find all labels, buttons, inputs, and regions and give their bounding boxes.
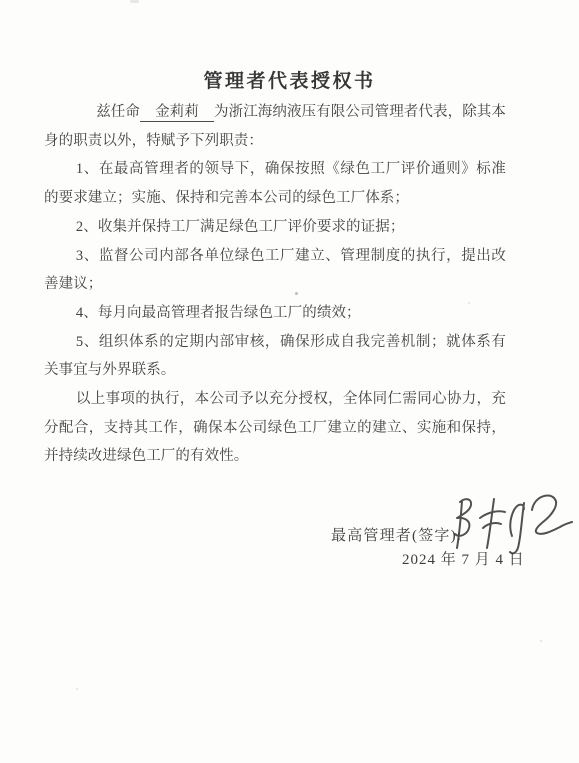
duty-item-2: 2、收集并保持工厂满足绿色工厂评价要求的证据； <box>44 213 506 242</box>
document-body: 兹任命金莉莉为浙江海纳液压有限公司管理者代表，除其本身的职责以外，特赋予下列职责… <box>44 98 506 471</box>
document-title: 管理者代表授权书 <box>0 66 579 93</box>
signature-date: 2024 年 7 月 4 日 <box>402 548 525 569</box>
duty-item-4: 4、每月向最高管理者报告绿色工厂的绩效； <box>44 299 506 328</box>
scan-speck <box>130 0 139 3</box>
scan-speck <box>295 292 298 295</box>
appointment-paragraph: 兹任命金莉莉为浙江海纳液压有限公司管理者代表，除其本身的职责以外，特赋予下列职责… <box>44 98 506 155</box>
scan-speck <box>468 302 470 304</box>
duty-item-3: 3、监督公司内部各单位绿色工厂建立、管理制度的执行，提出改善建议； <box>44 242 506 299</box>
duty-item-5: 5、组织体系的定期内部审核，确保形成自我完善机制；就体系有关事宜与外界联系。 <box>44 328 506 385</box>
duty-item-1: 1、在最高管理者的领导下，确保按照《绿色工厂评价通则》标准的要求建立；实施、保持… <box>44 155 506 212</box>
scan-speck <box>293 305 295 307</box>
top-manager-signature-label: 最高管理者(签字): <box>331 524 462 545</box>
closing-paragraph: 以上事项的执行，本公司予以充分授权，全体同仁需同心协力，充分配合，支持其工作，确… <box>44 385 506 471</box>
scanned-document-page: 管理者代表授权书 兹任命金莉莉为浙江海纳液压有限公司管理者代表，除其本身的职责以… <box>0 0 579 763</box>
scan-speck <box>540 640 542 642</box>
appointment-prefix: 兹任命 <box>96 104 140 120</box>
scan-speck <box>76 688 78 690</box>
appointee-name-underlined: 金莉莉 <box>140 104 214 122</box>
